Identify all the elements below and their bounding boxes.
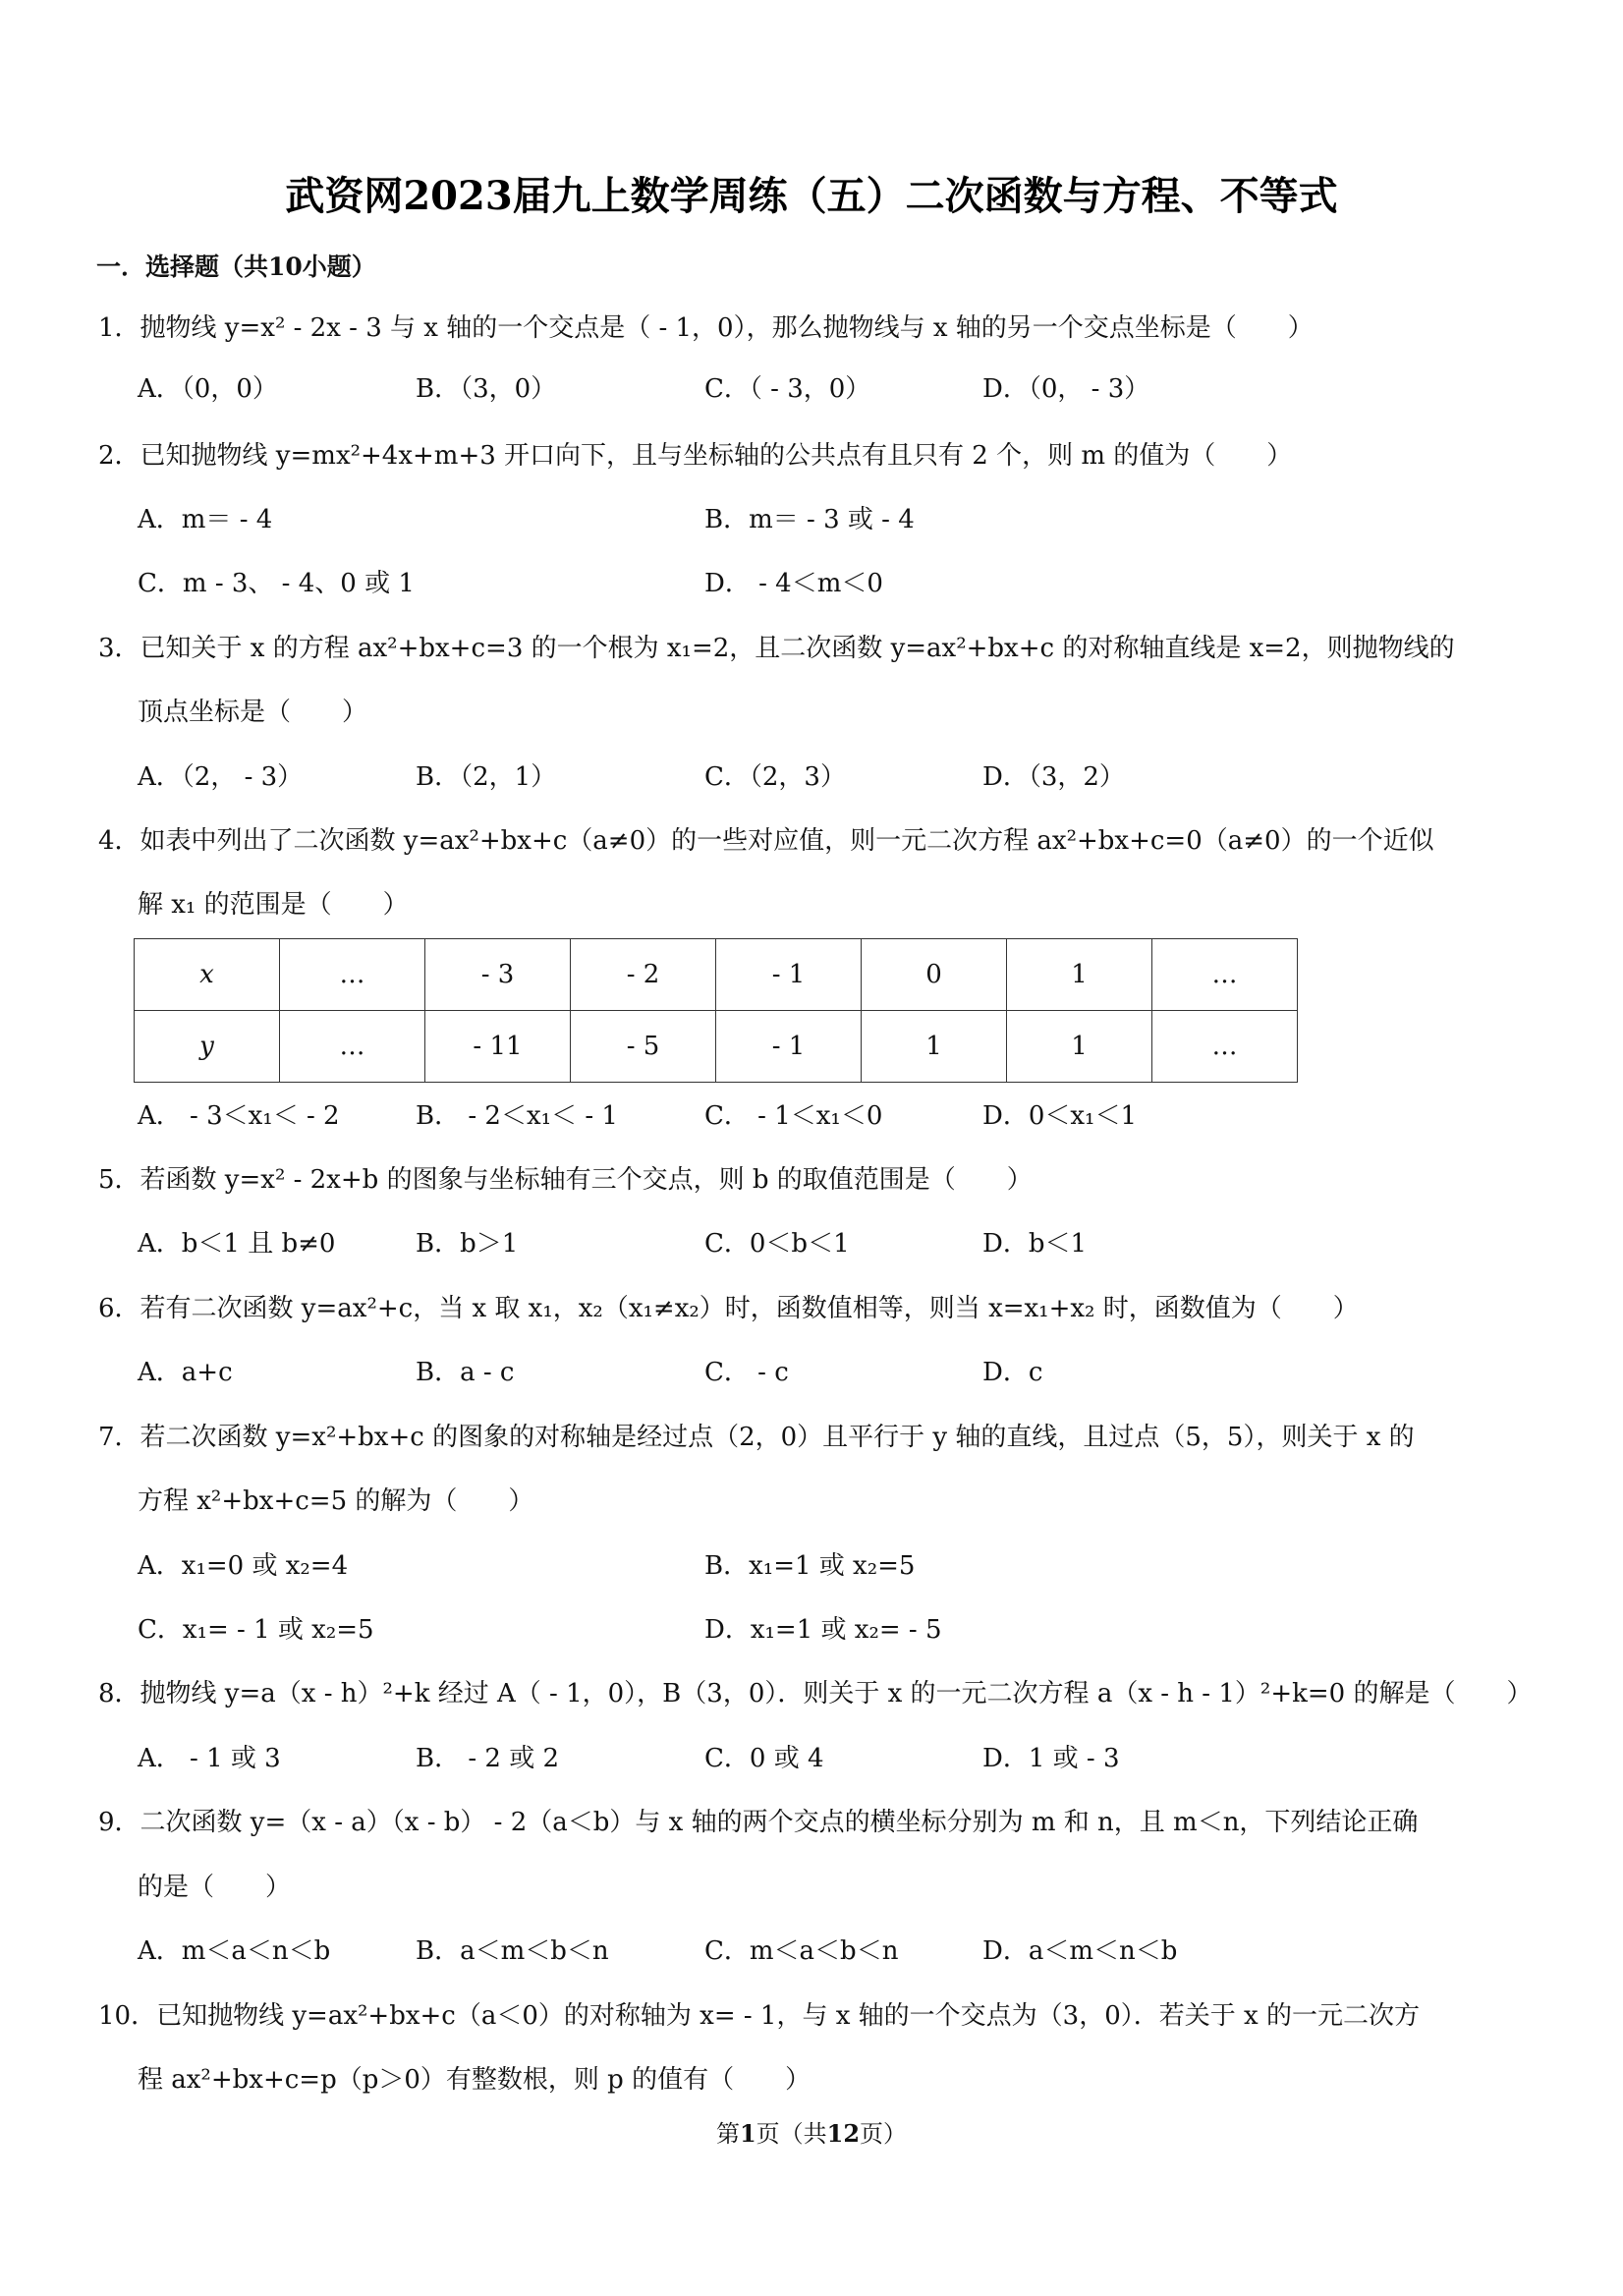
question-8-stem: 8．抛物线 y=a（x - h）²+k 经过 A（ - 1，0），B（3，0）．… bbox=[98, 1678, 1532, 1709]
question-7-stem-line2: 方程 x²+bx+c=5 的解为（ ） bbox=[138, 1485, 533, 1517]
option-d[interactable]: D．（0， - 3） bbox=[982, 373, 1149, 405]
option-a[interactable]: A． - 1 或 3 bbox=[138, 1743, 281, 1774]
table-cell: … bbox=[1152, 1011, 1298, 1083]
option-d[interactable]: D． - 4＜m＜0 bbox=[704, 568, 883, 599]
page-number: 1 bbox=[740, 2119, 756, 2148]
table-cell: … bbox=[1152, 939, 1298, 1011]
section-header: 一．选择题（共10小题） bbox=[96, 248, 376, 283]
table-cell: - 1 bbox=[716, 1011, 862, 1083]
document-title: 武资网2023届九上数学周练（五）二次函数与方程、不等式 bbox=[0, 165, 1623, 221]
option-a[interactable]: A．（0，0） bbox=[138, 373, 278, 405]
question-10-stem-line1: 10．已知抛物线 y=ax²+bx+c（a＜0）的对称轴为 x= - 1，与 x… bbox=[98, 2000, 1420, 2032]
option-b[interactable]: B． - 2 或 2 bbox=[416, 1743, 559, 1774]
option-d[interactable]: D．b＜1 bbox=[982, 1228, 1087, 1260]
table-cell: - 1 bbox=[716, 939, 862, 1011]
question-3-stem-line2: 顶点坐标是（ ） bbox=[138, 697, 367, 728]
page-total: 12 bbox=[827, 2119, 860, 2148]
table-cell: … bbox=[280, 939, 425, 1011]
table-cell: 1 bbox=[862, 1011, 1007, 1083]
option-c[interactable]: C． - c bbox=[704, 1357, 789, 1388]
option-b[interactable]: B．（2，1） bbox=[416, 761, 556, 793]
question-10-stem-line2: 程 ax²+bx+c=p（p＞0）有整数根，则 p 的值有（ ） bbox=[138, 2064, 811, 2096]
option-b[interactable]: B．a＜m＜b＜n bbox=[416, 1935, 609, 1967]
option-d[interactable]: D．0＜x₁＜1 bbox=[982, 1100, 1137, 1132]
table-cell: - 3 bbox=[425, 939, 571, 1011]
document-page: 武资网2023届九上数学周练（五）二次函数与方程、不等式 一．选择题（共10小题… bbox=[0, 0, 1623, 2296]
table-cell: 1 bbox=[1007, 939, 1152, 1011]
table-cell: - 2 bbox=[571, 939, 716, 1011]
table-cell: - 11 bbox=[425, 1011, 571, 1083]
option-d[interactable]: D．1 或 - 3 bbox=[982, 1743, 1120, 1774]
table-cell: … bbox=[280, 1011, 425, 1083]
option-c[interactable]: C．m - 3、 - 4、0 或 1 bbox=[138, 568, 415, 599]
question-7-stem-line1: 7．若二次函数 y=x²+bx+c 的图象的对称轴是经过点（2，0）且平行于 y… bbox=[98, 1422, 1415, 1453]
option-b[interactable]: B．a - c bbox=[416, 1357, 514, 1388]
table-row-y: y … - 11 - 5 - 1 1 1 … bbox=[135, 1011, 1298, 1083]
option-b[interactable]: B．b＞1 bbox=[416, 1228, 518, 1260]
question-4-stem-line1: 4．如表中列出了二次函数 y=ax²+bx+c（a≠0）的一些对应值，则一元二次… bbox=[98, 825, 1434, 857]
question-1-stem: 1．抛物线 y=x² - 2x - 3 与 x 轴的一个交点是（ - 1，0），… bbox=[98, 312, 1314, 344]
table-cell: x bbox=[135, 939, 280, 1011]
option-d[interactable]: D．a＜m＜n＜b bbox=[982, 1935, 1177, 1967]
option-d[interactable]: D．x₁=1 或 x₂= - 5 bbox=[704, 1614, 942, 1646]
option-a[interactable]: A．m＜a＜n＜b bbox=[138, 1935, 330, 1967]
question-6-stem: 6．若有二次函数 y=ax²+c，当 x 取 x₁，x₂（x₁≠x₂）时，函数值… bbox=[98, 1293, 1359, 1324]
option-c[interactable]: C．0＜b＜1 bbox=[704, 1228, 850, 1260]
table-cell: 1 bbox=[1007, 1011, 1152, 1083]
option-b[interactable]: B．m＝ - 3 或 - 4 bbox=[704, 504, 915, 535]
option-a[interactable]: A．x₁=0 或 x₂=4 bbox=[138, 1550, 348, 1582]
option-a[interactable]: A． - 3＜x₁＜ - 2 bbox=[138, 1100, 340, 1132]
option-a[interactable]: A．b＜1 且 b≠0 bbox=[138, 1228, 335, 1260]
question-4-stem-line2: 解 x₁ 的范围是（ ） bbox=[138, 889, 409, 921]
question-5-stem: 5．若函数 y=x² - 2x+b 的图象与坐标轴有三个交点，则 b 的取值范围… bbox=[98, 1164, 1033, 1196]
option-a[interactable]: A．m＝ - 4 bbox=[138, 504, 272, 535]
question-3-stem-line1: 3．已知关于 x 的方程 ax²+bx+c=3 的一个根为 x₁=2，且二次函数… bbox=[98, 633, 1455, 664]
option-d[interactable]: D．c bbox=[982, 1357, 1042, 1388]
option-a[interactable]: A．（2， - 3） bbox=[138, 761, 303, 793]
option-c[interactable]: C． - 1＜x₁＜0 bbox=[704, 1100, 882, 1132]
table-cell: - 5 bbox=[571, 1011, 716, 1083]
question-9-stem-line1: 9．二次函数 y=（x - a）（x - b） - 2（a＜b）与 x 轴的两个… bbox=[98, 1807, 1418, 1838]
option-c[interactable]: C．0 或 4 bbox=[704, 1743, 824, 1774]
table-cell: 0 bbox=[862, 939, 1007, 1011]
option-b[interactable]: B．x₁=1 或 x₂=5 bbox=[704, 1550, 915, 1582]
option-a[interactable]: A．a+c bbox=[138, 1357, 233, 1388]
option-b[interactable]: B．（3，0） bbox=[416, 373, 556, 405]
page-footer: 第1页（共12页） bbox=[0, 2114, 1623, 2149]
table-row-x: x … - 3 - 2 - 1 0 1 … bbox=[135, 939, 1298, 1011]
value-table: x … - 3 - 2 - 1 0 1 … y … - 11 - 5 - 1 1… bbox=[134, 938, 1298, 1083]
option-c[interactable]: C．（ - 3，0） bbox=[704, 373, 870, 405]
option-c[interactable]: C．（2，3） bbox=[704, 761, 846, 793]
table-cell: y bbox=[135, 1011, 280, 1083]
question-2-stem: 2．已知抛物线 y=mx²+4x+m+3 开口向下，且与坐标轴的公共点有且只有 … bbox=[98, 440, 1292, 472]
option-c[interactable]: C．x₁= - 1 或 x₂=5 bbox=[138, 1614, 374, 1646]
option-d[interactable]: D．（3，2） bbox=[982, 761, 1125, 793]
question-9-stem-line2: 的是（ ） bbox=[138, 1872, 291, 1903]
option-c[interactable]: C．m＜a＜b＜n bbox=[704, 1935, 898, 1967]
option-b[interactable]: B． - 2＜x₁＜ - 1 bbox=[416, 1100, 618, 1132]
